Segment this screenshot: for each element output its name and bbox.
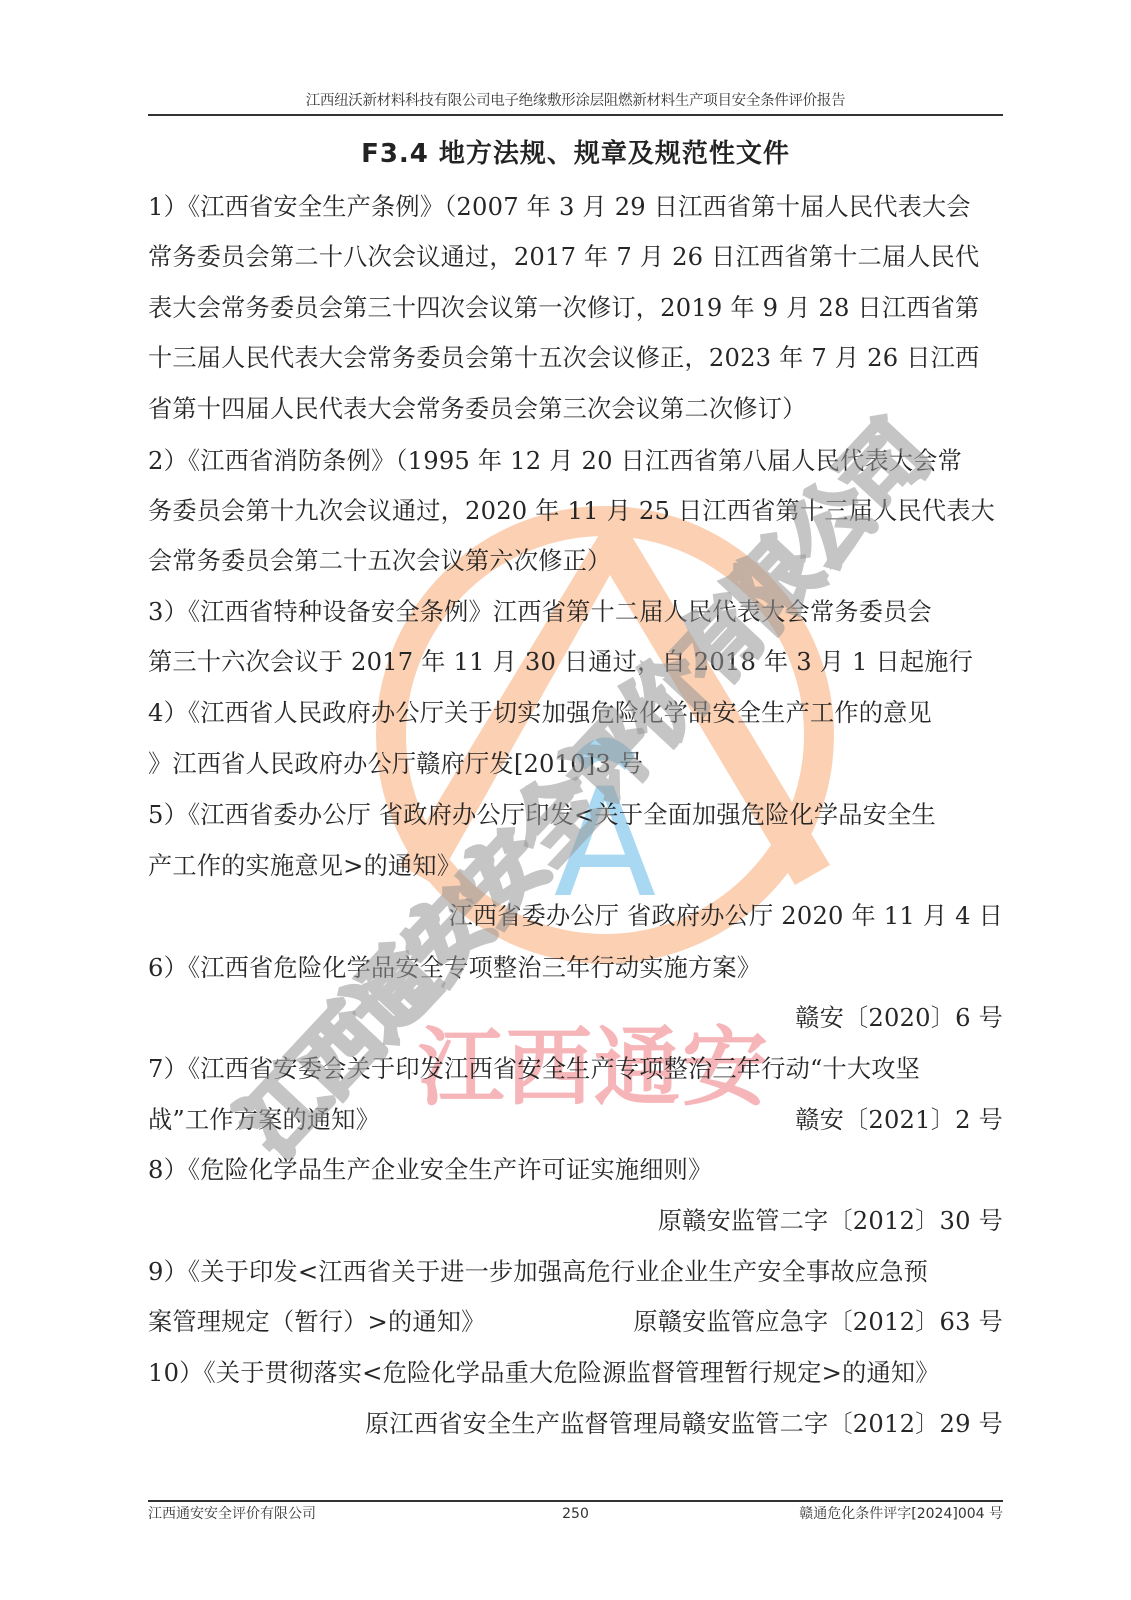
body-line-issuer: 江西省委办公厅 省政府办公厅 2020 年 11 月 4 日 <box>148 899 1003 933</box>
body-line-text: 案管理规定（暂行）>的通知》 <box>148 1308 486 1336</box>
body-line: 2）《江西省消防条例》（1995 年 12 月 20 日江西省第八届人民代表大会… <box>148 444 1003 478</box>
page-header: 江西纽沃新材料科技有限公司电子绝缘敷形涂层阻燃新材料生产项目安全条件评价报告 <box>148 88 1003 114</box>
body-line-doc-number: 原赣安监管应急字〔2012〕63 号 <box>633 1305 1003 1339</box>
body-line: 务委员会第十九次会议通过，2020 年 11 月 25 日江西省第十三届人民代表… <box>148 494 1003 528</box>
section-title: F3.4 地方法规、规章及规范性文件 <box>148 134 1003 174</box>
body-line-doc-number: 原赣安监管二字〔2012〕30 号 <box>148 1204 1003 1238</box>
body-line: 产工作的实施意见>的通知》 <box>148 849 1003 883</box>
body-line: 9）《关于印发<江西省关于进一步加强高危行业企业生产安全事故应急预 <box>148 1255 1003 1289</box>
body-line: 会常务委员会第二十五次会议第六次修正） <box>148 544 1003 578</box>
body-line: 5）《江西省委办公厅 省政府办公厅印发<关于全面加强危险化学品安全生 <box>148 798 1003 832</box>
body-line: 案管理规定（暂行）>的通知》 原赣安监管应急字〔2012〕63 号 <box>148 1305 1003 1339</box>
body-line: 》江西省人民政府办公厅赣府厅发[2010]3 号 <box>148 747 1003 781</box>
body-line: 十三届人民代表大会常务委员会第十五次会议修正，2023 年 7 月 26 日江西 <box>148 341 1003 375</box>
body-line: 省第十四届人民代表大会常务委员会第三次会议第二次修订） <box>148 392 1003 426</box>
footer-divider <box>148 1500 1003 1502</box>
body-line: 8）《危险化学品生产企业安全生产许可证实施细则》 <box>148 1153 1003 1187</box>
body-line-doc-number: 赣安〔2020〕6 号 <box>148 1001 1003 1035</box>
body-line: 1）《江西省安全生产条例》（2007 年 3 月 29 日江西省第十届人民代表大… <box>148 190 1003 224</box>
page-footer: 江西通安安全评价有限公司 250 赣通危化条件评字[2024]004 号 <box>148 1503 1003 1525</box>
body-line: 战”工作方案的通知》 赣安〔2021〕2 号 <box>148 1103 1003 1137</box>
body-line: 表大会常务委员会第三十四次会议第一次修订，2019 年 9 月 28 日江西省第 <box>148 291 1003 325</box>
footer-doc-number: 赣通危化条件评字[2024]004 号 <box>799 1503 1003 1525</box>
body-line: 10）《关于贯彻落实<危险化学品重大危险源监督管理暂行规定>的通知》 <box>148 1356 1003 1390</box>
body-line: 7）《江西省安委会关于印发江西省安全生产专项整治三年行动“十大攻坚 <box>148 1052 1003 1086</box>
body-line: 常务委员会第二十八次会议通过，2017 年 7 月 26 日江西省第十二届人民代 <box>148 240 1003 274</box>
body-line: 6）《江西省危险化学品安全专项整治三年行动实施方案》 <box>148 951 1003 985</box>
body-line: 第三十六次会议于 2017 年 11 月 30 日通过，自 2018 年 3 月… <box>148 645 1003 679</box>
body-line: 4）《江西省人民政府办公厅关于切实加强危险化学品安全生产工作的意见 <box>148 696 1003 730</box>
header-divider <box>148 114 1003 116</box>
body-line: 3）《江西省特种设备安全条例》江西省第十二届人民代表大会常务委员会 <box>148 595 1003 629</box>
body-line-doc-number: 赣安〔2021〕2 号 <box>795 1103 1003 1137</box>
body-line-doc-number: 原江西省安全生产监督管理局赣安监管二字〔2012〕29 号 <box>148 1407 1003 1441</box>
body-line-text: 战”工作方案的通知》 <box>148 1106 380 1134</box>
